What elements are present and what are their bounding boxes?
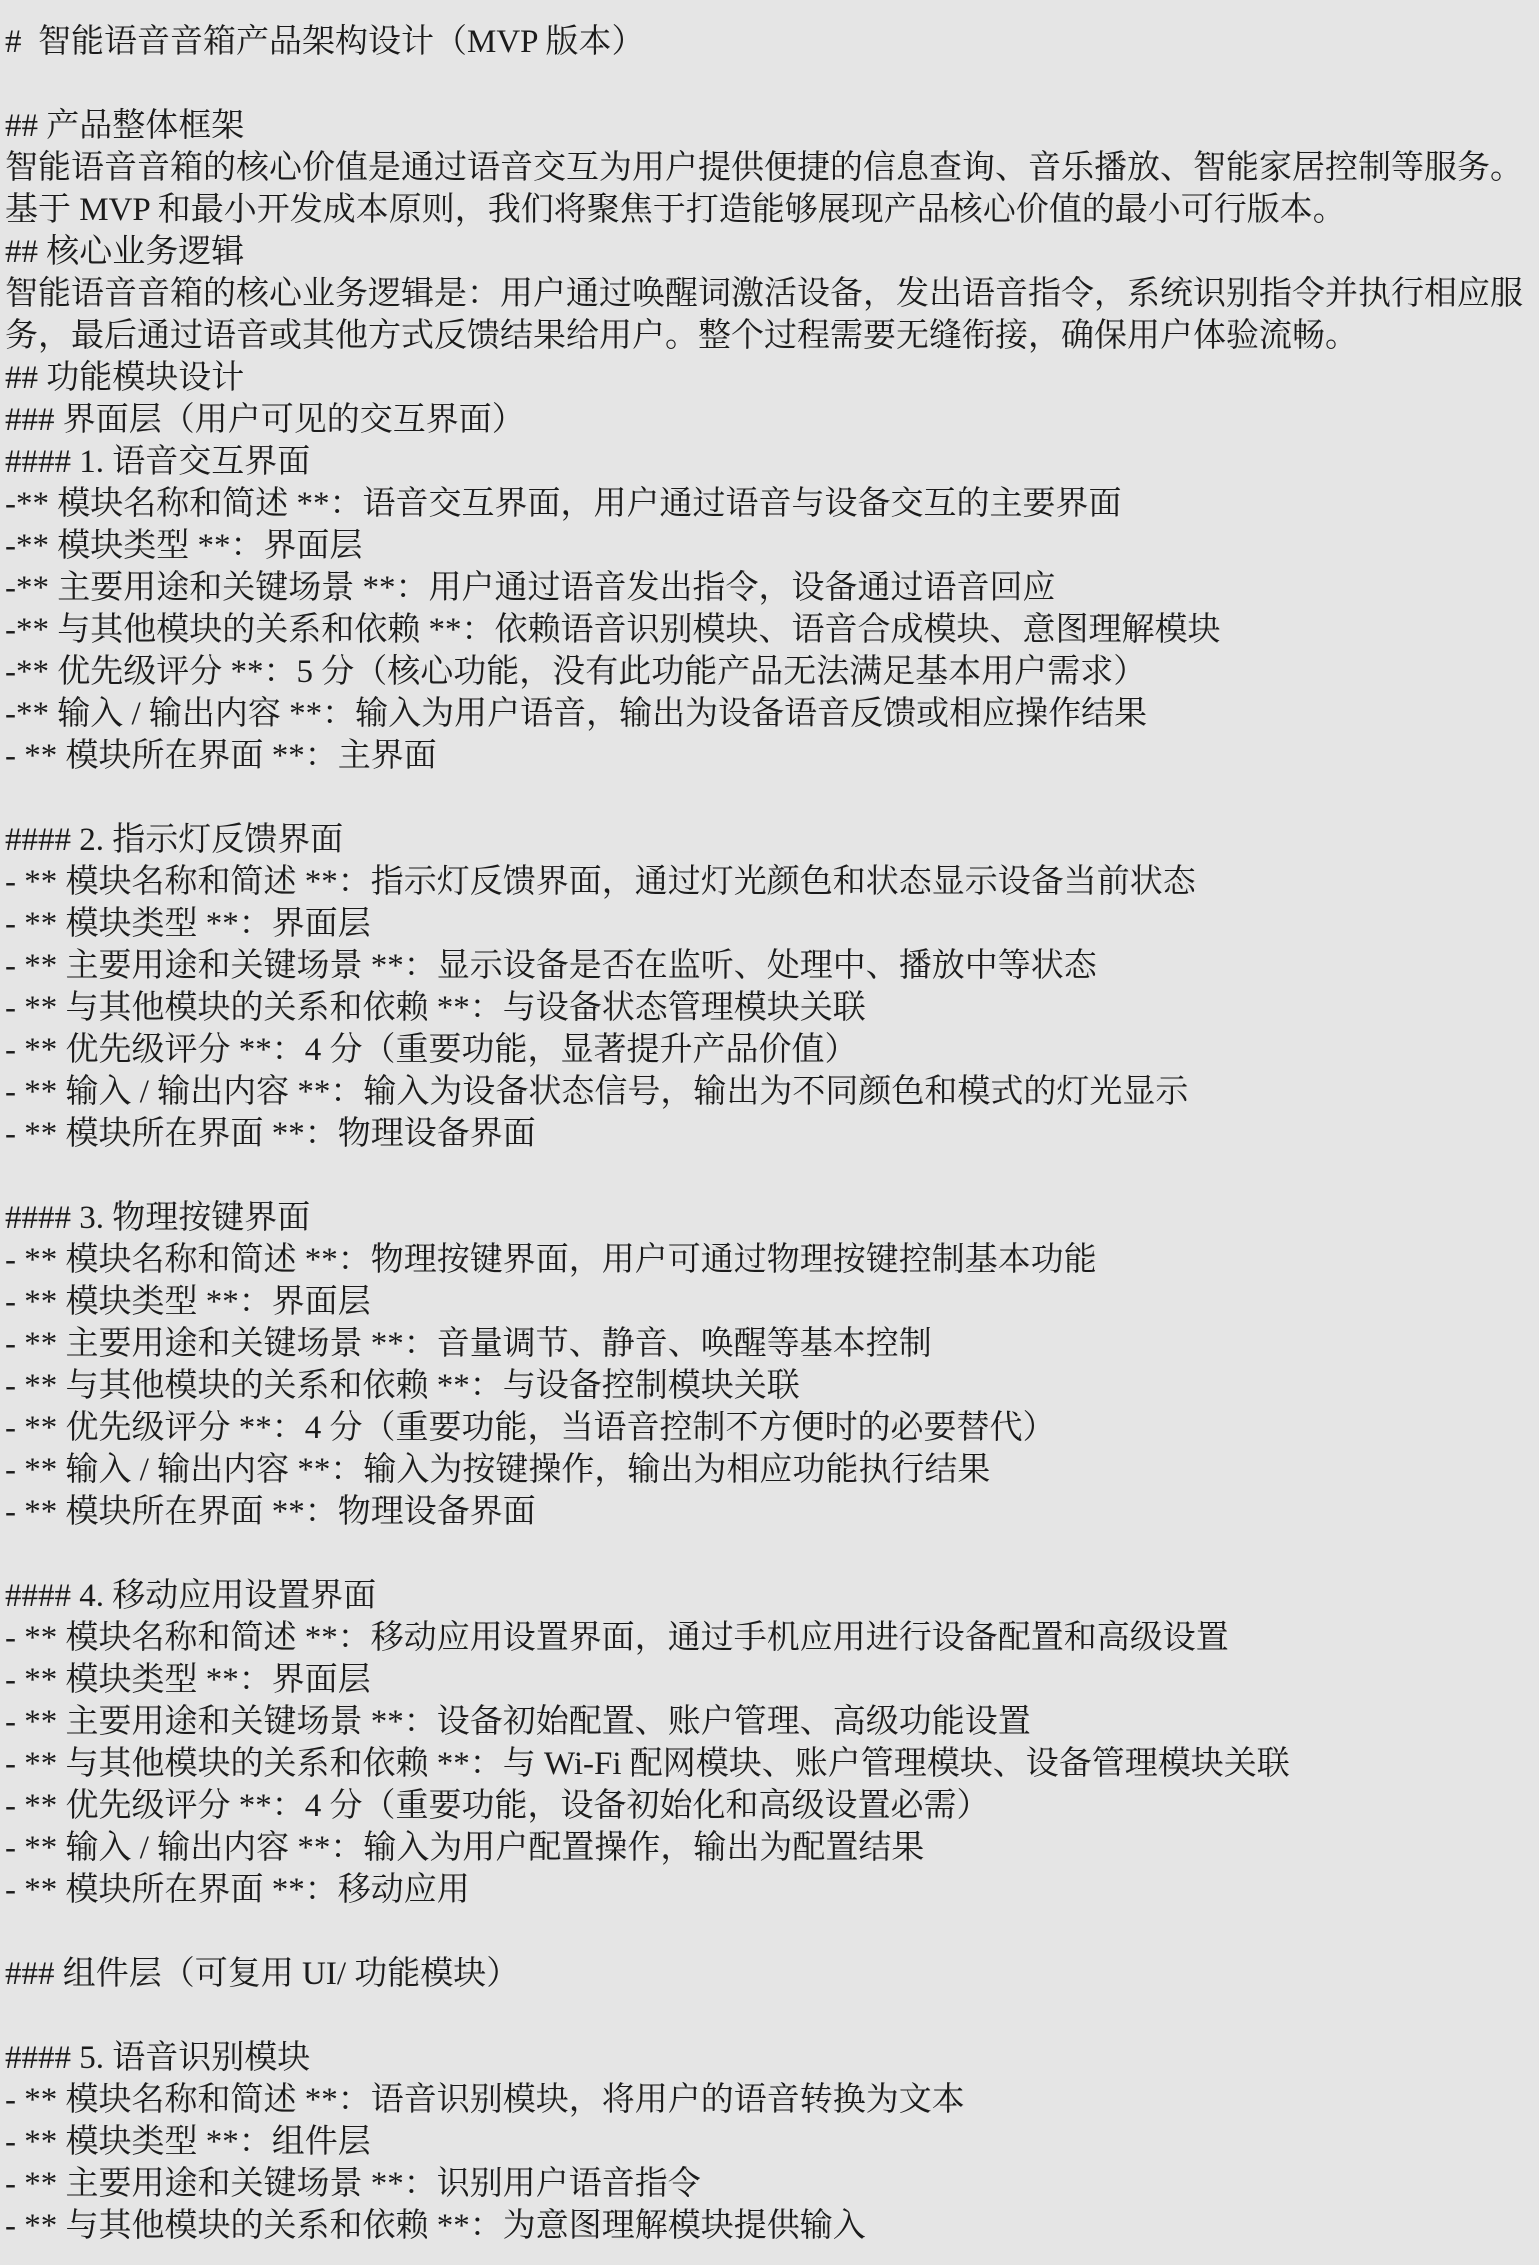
list-item-line: - ** 模块类型 **：界面层 [5, 1281, 1537, 1323]
list-item-line: - ** 主要用途和关键场景 **：设备初始配置、账户管理、高级功能设置 [5, 1701, 1537, 1743]
list-item-line: - ** 模块类型 **：界面层 [5, 1659, 1537, 1701]
text-line: 智能语音音箱的核心价值是通过语音交互为用户提供便捷的信息查询、音乐播放、智能家居… [5, 147, 1537, 189]
list-item-line: - ** 输入 / 输出内容 **：输入为设备状态信号，输出为不同颜色和模式的灯… [5, 1071, 1537, 1113]
list-item-line: - ** 模块名称和简述 **：指示灯反馈界面，通过灯光颜色和状态显示设备当前状… [5, 861, 1537, 903]
list-item-line: -** 优先级评分 **：5 分（核心功能，没有此功能产品无法满足基本用户需求） [5, 651, 1537, 693]
text-line: 智能语音音箱的核心业务逻辑是：用户通过唤醒词激活设备，发出语音指令，系统识别指令… [5, 273, 1537, 315]
blank-line [5, 63, 1537, 105]
list-item-line: -** 模块类型 **：界面层 [5, 525, 1537, 567]
list-item-line: - ** 模块类型 **：界面层 [5, 903, 1537, 945]
list-item-line: - ** 优先级评分 **：4 分（重要功能，当语音控制不方便时的必要替代） [5, 1407, 1537, 1449]
text-line: 基于 MVP 和最小开发成本原则，我们将聚焦于打造能够展现产品核心价值的最小可行… [5, 189, 1537, 231]
blank-line [5, 1911, 1537, 1953]
heading-line: ### 界面层（用户可见的交互界面） [5, 399, 1537, 441]
list-item-line: - ** 与其他模块的关系和依赖 **：与设备控制模块关联 [5, 1365, 1537, 1407]
list-item-line: - ** 模块类型 **：组件层 [5, 2121, 1537, 2163]
heading-line: ## 产品整体框架 [5, 105, 1537, 147]
document-lines: # 智能语音音箱产品架构设计（MVP 版本）## 产品整体框架智能语音音箱的核心… [5, 21, 1537, 2247]
list-item-line: - ** 输入 / 输出内容 **：输入为用户配置操作，输出为配置结果 [5, 1827, 1537, 1869]
blank-line [5, 1533, 1537, 1575]
list-item-line: -** 输入 / 输出内容 **：输入为用户语音，输出为设备语音反馈或相应操作结… [5, 693, 1537, 735]
list-item-line: - ** 与其他模块的关系和依赖 **：与设备状态管理模块关联 [5, 987, 1537, 1029]
heading-line: # 智能语音音箱产品架构设计（MVP 版本） [5, 21, 1537, 63]
list-item-line: - ** 优先级评分 **：4 分（重要功能，设备初始化和高级设置必需） [5, 1785, 1537, 1827]
text-line: 务，最后通过语音或其他方式反馈结果给用户。整个过程需要无缝衔接，确保用户体验流畅… [5, 315, 1537, 357]
list-item-line: - ** 模块所在界面 **：物理设备界面 [5, 1113, 1537, 1155]
list-item-line: -** 模块名称和简述 **：语音交互界面，用户通过语音与设备交互的主要界面 [5, 483, 1537, 525]
list-item-line: - ** 与其他模块的关系和依赖 **：为意图理解模块提供输入 [5, 2205, 1537, 2247]
list-item-line: - ** 输入 / 输出内容 **：输入为按键操作，输出为相应功能执行结果 [5, 1449, 1537, 1491]
heading-line: ## 功能模块设计 [5, 357, 1537, 399]
blank-line [5, 1995, 1537, 2037]
markdown-document: # 智能语音音箱产品架构设计（MVP 版本）## 产品整体框架智能语音音箱的核心… [0, 0, 1539, 2247]
list-item-line: - ** 主要用途和关键场景 **：识别用户语音指令 [5, 2163, 1537, 2205]
list-item-line: - ** 模块名称和简述 **：语音识别模块，将用户的语音转换为文本 [5, 2079, 1537, 2121]
heading-line: #### 5. 语音识别模块 [5, 2037, 1537, 2079]
list-item-line: -** 主要用途和关键场景 **：用户通过语音发出指令，设备通过语音回应 [5, 567, 1537, 609]
list-item-line: - ** 主要用途和关键场景 **：音量调节、静音、唤醒等基本控制 [5, 1323, 1537, 1365]
document-page: # 智能语音音箱产品架构设计（MVP 版本）## 产品整体框架智能语音音箱的核心… [0, 0, 1539, 2265]
list-item-line: - ** 模块所在界面 **：主界面 [5, 735, 1537, 777]
heading-line: ## 核心业务逻辑 [5, 231, 1537, 273]
blank-line [5, 777, 1537, 819]
list-item-line: -** 与其他模块的关系和依赖 **：依赖语音识别模块、语音合成模块、意图理解模… [5, 609, 1537, 651]
heading-line: ### 组件层（可复用 UI/ 功能模块） [5, 1953, 1537, 1995]
blank-line [5, 1155, 1537, 1197]
list-item-line: - ** 模块所在界面 **：物理设备界面 [5, 1491, 1537, 1533]
heading-line: #### 2. 指示灯反馈界面 [5, 819, 1537, 861]
list-item-line: - ** 与其他模块的关系和依赖 **：与 Wi-Fi 配网模块、账户管理模块、… [5, 1743, 1537, 1785]
heading-line: #### 4. 移动应用设置界面 [5, 1575, 1537, 1617]
list-item-line: - ** 优先级评分 **：4 分（重要功能，显著提升产品价值） [5, 1029, 1537, 1071]
list-item-line: - ** 主要用途和关键场景 **：显示设备是否在监听、处理中、播放中等状态 [5, 945, 1537, 987]
list-item-line: - ** 模块所在界面 **：移动应用 [5, 1869, 1537, 1911]
list-item-line: - ** 模块名称和简述 **：物理按键界面，用户可通过物理按键控制基本功能 [5, 1239, 1537, 1281]
heading-line: #### 3. 物理按键界面 [5, 1197, 1537, 1239]
heading-line: #### 1. 语音交互界面 [5, 441, 1537, 483]
list-item-line: - ** 模块名称和简述 **：移动应用设置界面，通过手机应用进行设备配置和高级… [5, 1617, 1537, 1659]
